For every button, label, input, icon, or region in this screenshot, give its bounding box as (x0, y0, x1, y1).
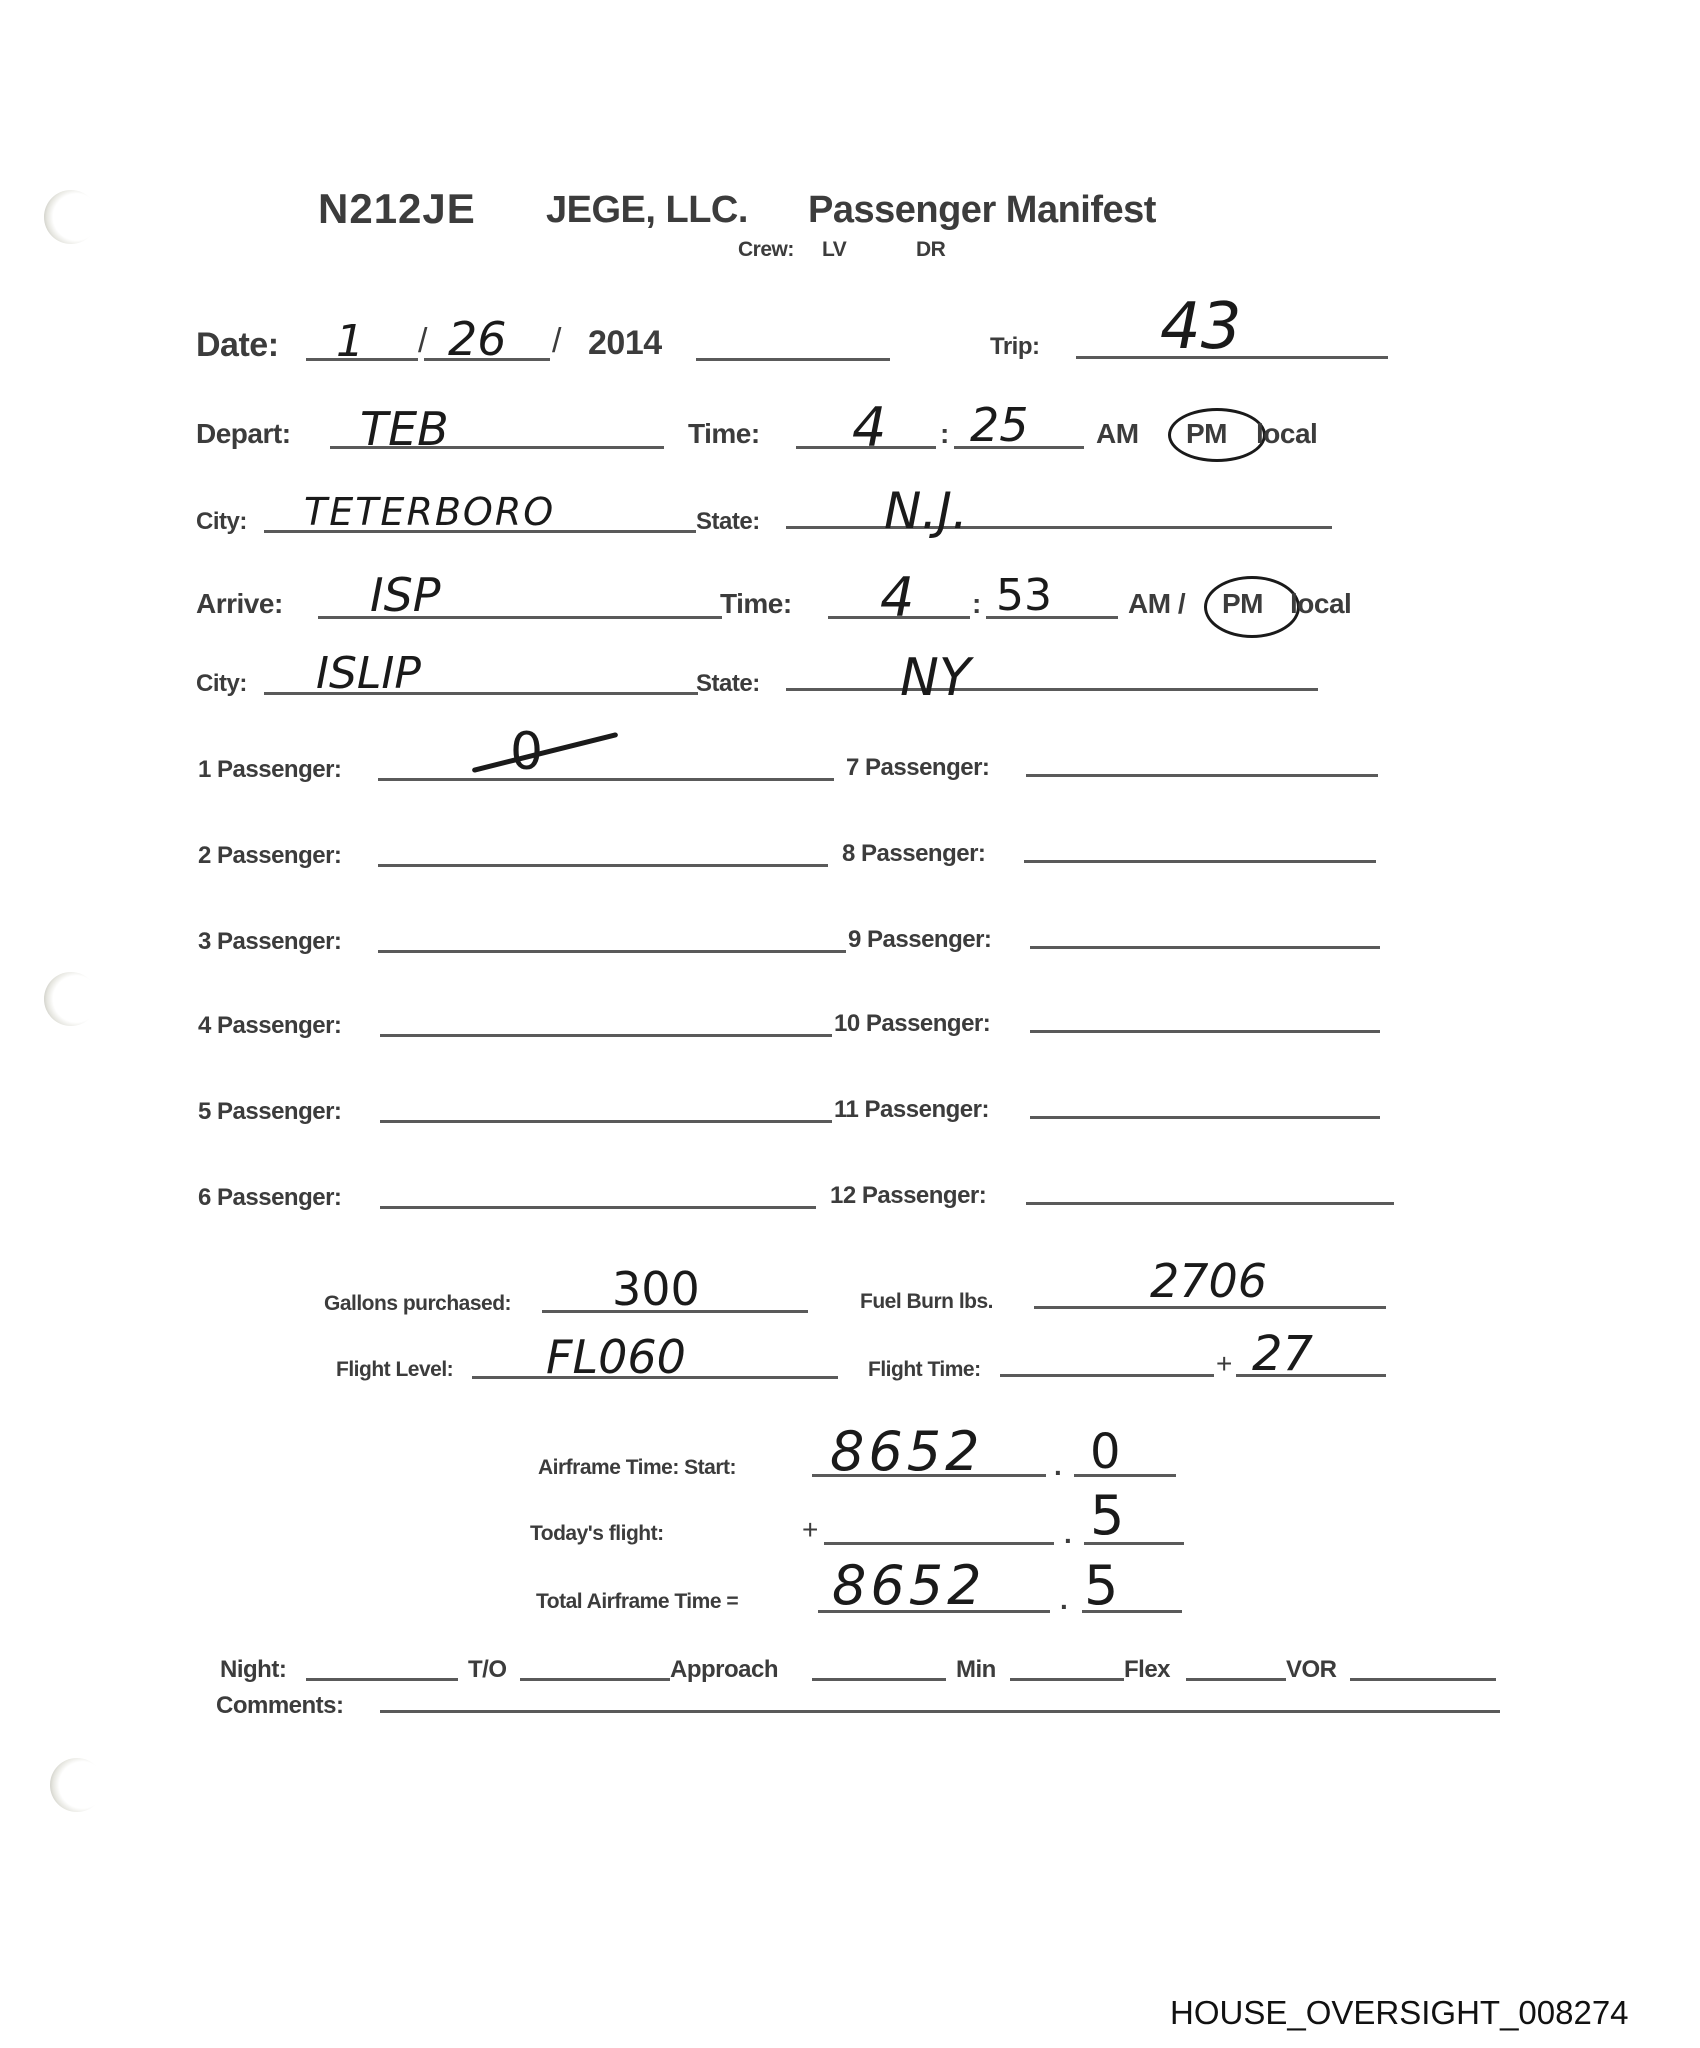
depart-airport-field[interactable]: TEB (360, 402, 449, 456)
todays-flight-label: Today's flight: (530, 1522, 664, 1546)
passenger-3-line[interactable] (378, 950, 846, 953)
passenger-5-line[interactable] (380, 1120, 832, 1123)
binder-hole-middle (44, 972, 98, 1026)
company-name: JEGE, LLC. (546, 189, 748, 232)
approach-line[interactable] (812, 1678, 946, 1681)
depart-time-colon: : (940, 418, 949, 450)
airframe-start-tenths-field[interactable]: 0 (1090, 1424, 1121, 1480)
depart-label: Depart: (196, 418, 291, 450)
trip-number-field[interactable]: 43 (1160, 290, 1241, 364)
arrive-local-label: local (1290, 588, 1351, 620)
date-year-line (696, 358, 890, 361)
date-slash-1: / (418, 322, 427, 361)
passenger-6-label: 6 Passenger: (198, 1184, 341, 1212)
flight-time-field[interactable]: 27 (1252, 1326, 1313, 1382)
passenger-8-line[interactable] (1024, 860, 1376, 863)
depart-time-label: Time: (688, 418, 760, 450)
passenger-8-label: 8 Passenger: (842, 840, 985, 868)
trip-label: Trip: (990, 333, 1040, 361)
min-line[interactable] (1010, 1678, 1124, 1681)
takeoff-line[interactable] (520, 1678, 670, 1681)
depart-state-field[interactable]: N.J. (884, 482, 968, 540)
arrive-label: Arrive: (196, 588, 283, 620)
passenger-12-line[interactable] (1026, 1202, 1394, 1205)
approach-label: Approach (670, 1656, 778, 1684)
depart-pm-selected-circle (1168, 408, 1266, 462)
comments-line[interactable] (380, 1710, 1500, 1713)
crew-label: Crew: (738, 238, 794, 262)
fuel-burn-field[interactable]: 2706 (1150, 1254, 1267, 1308)
depart-city-label: City: (196, 508, 247, 536)
passenger-5-label: 5 Passenger: (198, 1098, 341, 1126)
arrive-time-label: Time: (720, 588, 792, 620)
flight-level-field[interactable]: FL060 (546, 1330, 686, 1384)
passenger-7-line[interactable] (1026, 774, 1378, 777)
passenger-10-label: 10 Passenger: (834, 1010, 990, 1038)
arrive-hour-field[interactable]: 4 (880, 566, 914, 629)
arrive-state-line (786, 688, 1318, 691)
passenger-4-line[interactable] (380, 1034, 832, 1037)
date-label: Date: (196, 326, 279, 365)
arrive-time-colon: : (972, 588, 981, 620)
passenger-1-line[interactable] (378, 778, 834, 781)
arrive-city-field[interactable]: ISLIP (316, 648, 421, 699)
binder-hole-top (44, 190, 98, 244)
airframe-start-whole-field[interactable]: 8652 (830, 1420, 983, 1483)
binder-hole-bottom (50, 1758, 104, 1812)
passenger-12-label: 12 Passenger: (830, 1182, 986, 1210)
date-month-field[interactable]: 1 (336, 316, 364, 367)
passenger-2-label: 2 Passenger: (198, 842, 341, 870)
flex-label: Flex (1124, 1656, 1170, 1684)
depart-city-field[interactable]: TETERBORO (304, 490, 555, 534)
comments-label: Comments: (216, 1692, 344, 1720)
arrive-pm-selected-circle (1204, 576, 1300, 638)
date-day-field[interactable]: 26 (448, 312, 507, 366)
arrive-state-field[interactable]: NY (900, 648, 971, 708)
passenger-9-line[interactable] (1030, 946, 1380, 949)
passenger-11-line[interactable] (1030, 1116, 1380, 1119)
night-label: Night: (220, 1656, 286, 1684)
takeoff-label: T/O (468, 1656, 507, 1684)
passenger-1-strikethrough (472, 732, 619, 773)
arrive-minute-field[interactable]: 53 (996, 570, 1052, 621)
todays-flight-plus: + (802, 1514, 818, 1546)
airframe-start-dot: . (1054, 1450, 1061, 1482)
passenger-3-label: 3 Passenger: (198, 928, 341, 956)
passenger-11-label: 11 Passenger: (834, 1096, 989, 1124)
date-slash-2: / (552, 322, 561, 361)
vor-label: VOR (1286, 1656, 1337, 1684)
tail-number: N212JE (318, 185, 476, 233)
flight-level-label: Flight Level: (336, 1358, 453, 1382)
arrive-state-label: State: (696, 670, 760, 698)
todays-flight-dot: . (1064, 1518, 1071, 1550)
todays-flight-tenths-field[interactable]: 5 (1090, 1484, 1124, 1547)
vor-line[interactable] (1350, 1678, 1496, 1681)
depart-state-line (786, 526, 1332, 529)
depart-state-label: State: (696, 508, 760, 536)
total-airframe-tenths-field[interactable]: 5 (1084, 1554, 1118, 1617)
passenger-2-line[interactable] (378, 864, 828, 867)
crew-member-1: LV (822, 238, 846, 262)
flight-time-label: Flight Time: (868, 1358, 981, 1382)
form-title: Passenger Manifest (808, 189, 1156, 232)
arrive-city-label: City: (196, 670, 247, 698)
passenger-9-label: 9 Passenger: (848, 926, 991, 954)
total-airframe-label: Total Airframe Time = (536, 1590, 738, 1614)
min-label: Min (956, 1656, 996, 1684)
todays-flight-whole-line (824, 1542, 1054, 1545)
bates-number: HOUSE_OVERSIGHT_008274 (1170, 1994, 1629, 2032)
depart-local-label: local (1256, 418, 1317, 450)
flight-time-line-1 (1000, 1374, 1214, 1377)
arrive-am-option[interactable]: AM / (1128, 588, 1185, 620)
crew-member-2: DR (916, 238, 945, 262)
total-airframe-whole-field[interactable]: 8652 (832, 1554, 985, 1617)
depart-minute-field[interactable]: 25 (970, 398, 1029, 452)
flight-time-plus: + (1216, 1348, 1232, 1380)
passenger-10-line[interactable] (1030, 1030, 1380, 1033)
depart-hour-field[interactable]: 4 (852, 396, 886, 459)
passenger-7-label: 7 Passenger: (846, 754, 989, 782)
flex-line[interactable] (1186, 1678, 1286, 1681)
airframe-start-label: Airframe Time: Start: (538, 1456, 736, 1480)
depart-am-option[interactable]: AM (1096, 418, 1139, 450)
gallons-purchased-label: Gallons purchased: (324, 1292, 511, 1316)
fuel-burn-label: Fuel Burn lbs. (860, 1290, 993, 1314)
gallons-purchased-field[interactable]: 300 (612, 1262, 700, 1316)
passenger-6-line[interactable] (380, 1206, 816, 1209)
passenger-1-label: 1 Passenger: (198, 756, 341, 784)
arrive-airport-field[interactable]: ISP (370, 568, 441, 622)
date-year: 2014 (588, 324, 662, 363)
night-line[interactable] (306, 1678, 458, 1681)
total-airframe-dot: . (1060, 1584, 1067, 1616)
passenger-4-label: 4 Passenger: (198, 1012, 341, 1040)
